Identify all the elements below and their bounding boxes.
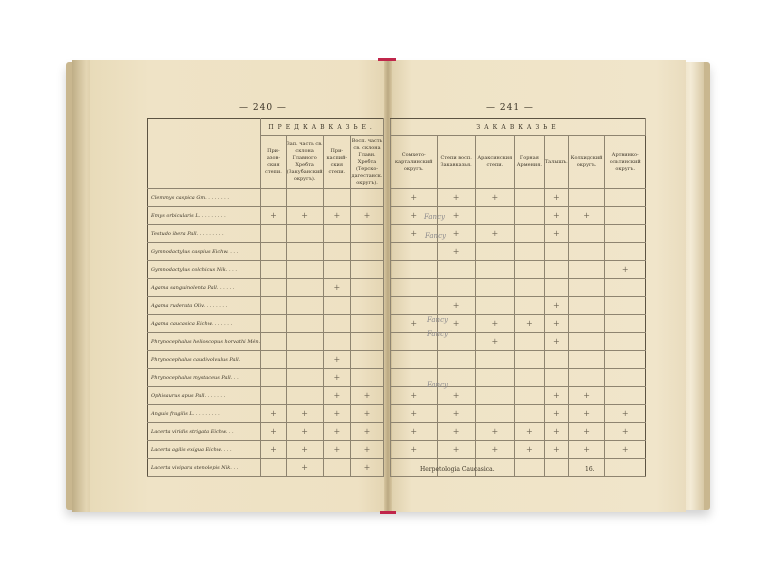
presence-mark <box>605 297 646 315</box>
presence-mark <box>605 351 646 369</box>
presence-mark: + <box>437 297 475 315</box>
presence-mark: + <box>286 207 323 225</box>
presence-mark <box>514 207 544 225</box>
presence-mark: + <box>544 297 568 315</box>
presence-mark <box>514 351 544 369</box>
presence-mark <box>351 279 384 297</box>
table-row: + <box>391 243 646 261</box>
presence-mark <box>323 261 350 279</box>
presence-mark: + <box>261 423 286 441</box>
presence-mark: + <box>437 243 475 261</box>
species-name: Phrynocephalus caudivolvulus Pall. <box>148 351 261 369</box>
presence-mark <box>568 189 605 207</box>
table-row: +++++++ <box>391 423 646 441</box>
column-header: Горная Армения. <box>514 136 544 189</box>
presence-mark: + <box>544 315 568 333</box>
presence-mark <box>286 225 323 243</box>
column-header: Степи восп. Закавказья. <box>437 136 475 189</box>
presence-mark <box>568 297 605 315</box>
presence-mark: + <box>391 405 438 423</box>
presence-mark: + <box>475 225 514 243</box>
table-row: Agama caucasica Eichw. . . . . . . <box>148 315 384 333</box>
presence-mark <box>323 333 350 351</box>
species-name: Clemmys caspica Gm. . . . . . . . <box>148 189 261 207</box>
presence-mark: + <box>323 387 350 405</box>
species-name: Anguis fragilis L. . . . . . . . . <box>148 405 261 423</box>
presence-mark <box>286 333 323 351</box>
presence-mark <box>286 279 323 297</box>
presence-mark <box>286 369 323 387</box>
presence-mark <box>568 369 605 387</box>
presence-mark <box>514 405 544 423</box>
presence-mark <box>605 279 646 297</box>
presence-mark <box>475 279 514 297</box>
presence-mark: + <box>351 423 384 441</box>
column-header: Талышъ. <box>544 136 568 189</box>
presence-mark: + <box>437 189 475 207</box>
presence-mark <box>351 297 384 315</box>
presence-mark: + <box>391 423 438 441</box>
presence-mark <box>351 243 384 261</box>
presence-mark <box>323 297 350 315</box>
table-row: +++++++ <box>391 441 646 459</box>
presence-mark: + <box>568 405 605 423</box>
presence-mark <box>286 297 323 315</box>
presence-mark: + <box>605 423 646 441</box>
species-name: Agama ruderata Oliv. . . . . . . . <box>148 297 261 315</box>
bookmark-ribbon-bottom <box>380 511 396 514</box>
species-name: Phrynocephalus helioscopus horvathi Mén. <box>148 333 261 351</box>
presence-mark <box>391 243 438 261</box>
presence-mark <box>475 369 514 387</box>
presence-mark <box>544 261 568 279</box>
presence-mark <box>261 189 286 207</box>
presence-mark <box>261 351 286 369</box>
species-header-cell <box>148 119 261 189</box>
presence-mark <box>261 261 286 279</box>
species-name: Emys orbicularis L. . . . . . . . . <box>148 207 261 225</box>
presence-mark <box>605 225 646 243</box>
table-row: ++++ <box>391 189 646 207</box>
presence-mark <box>514 243 544 261</box>
presence-mark <box>391 351 438 369</box>
presence-mark: + <box>544 207 568 225</box>
presence-mark: + <box>286 405 323 423</box>
presence-mark <box>544 459 568 477</box>
presence-mark <box>286 351 323 369</box>
region-title-zakavkazye: ЗАКАВКАЗЬЕ <box>391 119 646 136</box>
presence-mark: + <box>605 405 646 423</box>
presence-mark <box>475 243 514 261</box>
presence-mark <box>286 243 323 261</box>
presence-mark: + <box>323 351 350 369</box>
table-row: Clemmys caspica Gm. . . . . . . . <box>148 189 384 207</box>
presence-mark <box>351 333 384 351</box>
presence-mark: + <box>286 441 323 459</box>
presence-mark <box>605 315 646 333</box>
presence-mark <box>605 387 646 405</box>
presence-mark <box>261 387 286 405</box>
presence-mark <box>437 351 475 369</box>
presence-mark: + <box>351 441 384 459</box>
region-title-predkavkazye: ПРЕДКАВКАЗЬЕ. <box>261 119 384 136</box>
table-row: Agama ruderata Oliv. . . . . . . . <box>148 297 384 315</box>
presence-mark <box>475 261 514 279</box>
presence-mark <box>437 279 475 297</box>
presence-mark: + <box>514 315 544 333</box>
presence-mark: + <box>261 207 286 225</box>
presence-mark <box>605 369 646 387</box>
column-header: Колхидский округъ. <box>568 136 605 189</box>
species-name: Lacerta vivipara stenolepis Nik. . . <box>148 459 261 477</box>
presence-mark <box>261 279 286 297</box>
table-row: Phrynocephalus mystaceus Pall. . .+ <box>148 369 384 387</box>
left-distribution-table: ПРЕДКАВКАЗЬЕ. При-азов-ския степи. Зап. … <box>147 118 384 477</box>
bookmark-ribbon-top <box>378 58 396 61</box>
presence-mark <box>514 387 544 405</box>
presence-mark <box>286 315 323 333</box>
table-row: Agama sanguinolenta Pall. . . . . .+ <box>148 279 384 297</box>
presence-mark: + <box>544 405 568 423</box>
presence-mark: + <box>351 459 384 477</box>
presence-mark: + <box>544 387 568 405</box>
footer-book-title: Herpetologia Caucasica. <box>420 466 495 473</box>
table-row: Phrynocephalus caudivolvulus Pall.+ <box>148 351 384 369</box>
presence-mark: + <box>323 369 350 387</box>
table-row <box>391 279 646 297</box>
presence-mark <box>605 459 646 477</box>
presence-mark: + <box>605 261 646 279</box>
presence-mark <box>261 333 286 351</box>
species-name: Phrynocephalus mystaceus Pall. . . <box>148 369 261 387</box>
presence-mark <box>391 279 438 297</box>
presence-mark: + <box>544 423 568 441</box>
presence-mark <box>475 351 514 369</box>
right-distribution-table: ЗАКАВКАЗЬЕ Сомхето-карталинский округъ. … <box>390 118 646 477</box>
presence-mark: + <box>568 441 605 459</box>
presence-mark: + <box>544 333 568 351</box>
column-header: Сомхето-карталинский округъ. <box>391 136 438 189</box>
presence-mark: + <box>514 423 544 441</box>
table-row: + <box>391 261 646 279</box>
species-name: Agama caucasica Eichw. . . . . . . <box>148 315 261 333</box>
column-header: Араксинския степи. <box>475 136 514 189</box>
species-name: Ophisaurus apus Pall. . . . . . . <box>148 387 261 405</box>
presence-mark <box>261 459 286 477</box>
presence-mark: + <box>323 279 350 297</box>
column-header: Зап. часть св. склона Главного Хребта (З… <box>286 136 323 189</box>
presence-mark <box>514 225 544 243</box>
table-row: Testudo ibera Pall. . . . . . . . . <box>148 225 384 243</box>
presence-mark <box>323 189 350 207</box>
pencil-annotation: Fancy <box>427 316 448 324</box>
presence-mark <box>261 297 286 315</box>
presence-mark: + <box>323 423 350 441</box>
presence-mark <box>568 261 605 279</box>
presence-mark: + <box>544 441 568 459</box>
presence-mark: + <box>475 315 514 333</box>
presence-mark <box>261 243 286 261</box>
presence-mark: + <box>351 387 384 405</box>
presence-mark <box>351 225 384 243</box>
presence-mark: + <box>544 189 568 207</box>
table-row: ++++ <box>391 387 646 405</box>
table-row: Lacerta agilis exigua Eichw. . . .++++ <box>148 441 384 459</box>
table-row: Ophisaurus apus Pall. . . . . . .++ <box>148 387 384 405</box>
presence-mark <box>514 333 544 351</box>
species-name: Gymnodactylus colchicus Nik. . . . <box>148 261 261 279</box>
presence-mark: + <box>437 387 475 405</box>
presence-mark: + <box>351 405 384 423</box>
presence-mark: + <box>605 441 646 459</box>
presence-mark: + <box>437 441 475 459</box>
presence-mark <box>514 261 544 279</box>
presence-mark: + <box>568 387 605 405</box>
presence-mark <box>351 369 384 387</box>
presence-mark: + <box>391 189 438 207</box>
presence-mark: + <box>475 189 514 207</box>
table-row: Emys orbicularis L. . . . . . . . .++++ <box>148 207 384 225</box>
presence-mark <box>514 297 544 315</box>
presence-mark <box>568 333 605 351</box>
table-row: Lacerta viridis strigata Eichw. . .++++ <box>148 423 384 441</box>
pencil-annotation: Fancy <box>425 232 446 240</box>
species-name: Lacerta viridis strigata Eichw. . . <box>148 423 261 441</box>
presence-mark <box>544 369 568 387</box>
table-row: ++ <box>391 297 646 315</box>
presence-mark: + <box>475 333 514 351</box>
presence-mark <box>323 243 350 261</box>
table-row: Lacerta vivipara stenolepis Nik. . .++ <box>148 459 384 477</box>
pencil-annotation: Fancy <box>427 381 448 389</box>
presence-mark: + <box>391 387 438 405</box>
presence-mark <box>605 333 646 351</box>
species-name: Gymnodactylus caspius Eichw. . . . <box>148 243 261 261</box>
presence-mark <box>514 459 544 477</box>
species-name: Agama sanguinolenta Pall. . . . . . <box>148 279 261 297</box>
pencil-annotation: Fancy <box>424 213 445 221</box>
presence-mark <box>568 279 605 297</box>
presence-mark: + <box>544 225 568 243</box>
column-header: Артвинко-ольтинский округъ. <box>605 136 646 189</box>
presence-mark <box>351 315 384 333</box>
presence-mark: + <box>286 423 323 441</box>
presence-mark <box>605 243 646 261</box>
presence-mark: + <box>475 423 514 441</box>
presence-mark: + <box>323 441 350 459</box>
presence-mark <box>351 189 384 207</box>
presence-mark: + <box>437 405 475 423</box>
presence-mark <box>261 315 286 333</box>
pencil-annotation: Fancy <box>427 330 448 338</box>
presence-mark <box>514 189 544 207</box>
table-row: Gymnodactylus caspius Eichw. . . . <box>148 243 384 261</box>
presence-mark <box>391 297 438 315</box>
presence-mark <box>568 315 605 333</box>
presence-mark <box>544 279 568 297</box>
presence-mark <box>437 261 475 279</box>
presence-mark <box>261 369 286 387</box>
presence-mark <box>391 261 438 279</box>
presence-mark: + <box>514 441 544 459</box>
table-row <box>391 351 646 369</box>
presence-mark <box>475 387 514 405</box>
presence-mark: + <box>475 441 514 459</box>
table-row: Gymnodactylus colchicus Nik. . . . <box>148 261 384 279</box>
species-name: Testudo ibera Pall. . . . . . . . . <box>148 225 261 243</box>
presence-mark <box>568 243 605 261</box>
presence-mark <box>475 297 514 315</box>
presence-mark <box>605 189 646 207</box>
presence-mark <box>514 279 544 297</box>
presence-mark <box>605 207 646 225</box>
presence-mark <box>568 351 605 369</box>
presence-mark <box>261 225 286 243</box>
table-row: Anguis fragilis L. . . . . . . . .++++ <box>148 405 384 423</box>
presence-mark: + <box>568 207 605 225</box>
presence-mark <box>475 207 514 225</box>
presence-mark <box>544 351 568 369</box>
presence-mark <box>544 243 568 261</box>
table-row: Phrynocephalus helioscopus horvathi Mén. <box>148 333 384 351</box>
column-header: При-каспий-ския степи. <box>323 136 350 189</box>
presence-mark: + <box>261 405 286 423</box>
presence-mark: + <box>437 423 475 441</box>
left-page-number: — 240 — <box>239 103 287 113</box>
presence-mark <box>568 225 605 243</box>
presence-mark <box>323 315 350 333</box>
presence-mark: + <box>323 207 350 225</box>
table-row: +++++ <box>391 405 646 423</box>
presence-mark: + <box>323 405 350 423</box>
footer-signature-number: 16. <box>585 466 595 473</box>
presence-mark <box>351 351 384 369</box>
presence-mark <box>475 405 514 423</box>
presence-mark <box>286 189 323 207</box>
presence-mark <box>286 261 323 279</box>
presence-mark: + <box>391 441 438 459</box>
presence-mark: + <box>286 459 323 477</box>
presence-mark: + <box>568 423 605 441</box>
presence-mark: + <box>351 207 384 225</box>
presence-mark <box>286 387 323 405</box>
presence-mark <box>323 459 350 477</box>
species-name: Lacerta agilis exigua Eichw. . . . <box>148 441 261 459</box>
presence-mark <box>323 225 350 243</box>
presence-mark: + <box>261 441 286 459</box>
column-header: При-азов-ския степи. <box>261 136 286 189</box>
presence-mark <box>351 261 384 279</box>
right-page-number: — 241 — <box>486 103 534 113</box>
presence-mark <box>514 369 544 387</box>
column-header: Восп. часть св. склона Главн. Хребта (Те… <box>351 136 384 189</box>
